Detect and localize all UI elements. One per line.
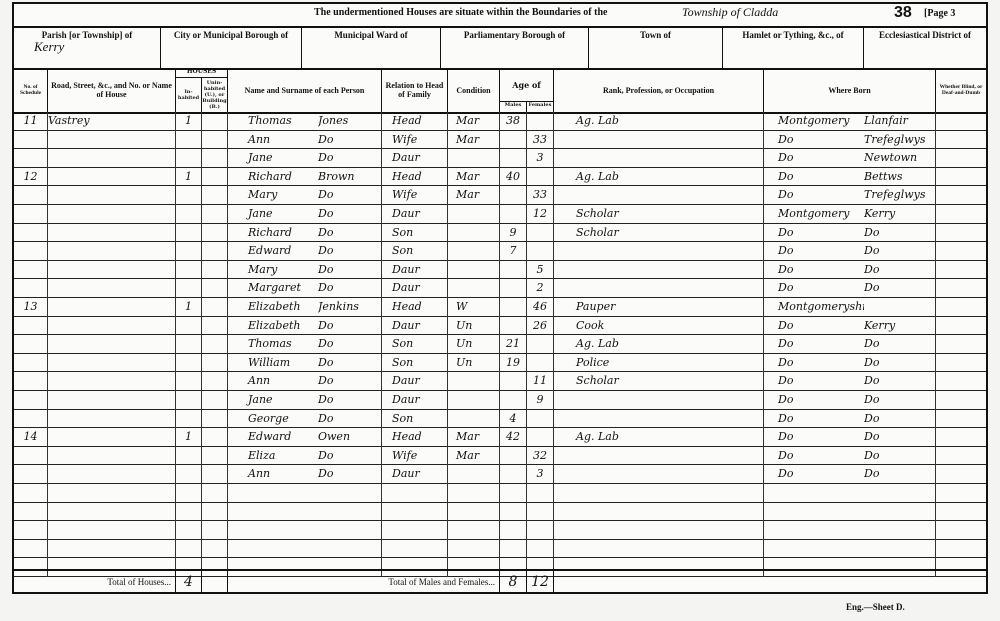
road-name [48, 242, 176, 261]
born-parish: Do [864, 391, 936, 410]
road-name [48, 205, 176, 224]
born-parish: Do [864, 428, 936, 447]
surname: Owen [318, 428, 382, 447]
header-road: Road, Street, &c., and No. or Name of Ho… [48, 68, 176, 112]
born-county: Do [764, 372, 864, 391]
occupation: Scholar [554, 205, 764, 224]
uninhabited [202, 447, 228, 466]
table-row: RichardDoSon9ScholarDoDo [14, 224, 986, 243]
schedule-number [14, 447, 48, 466]
table-row: AnnDoWifeMar33DoTrefeglwys [14, 131, 986, 150]
schedule-number [14, 317, 48, 336]
surname: Brown [318, 168, 382, 187]
schedule-number [14, 410, 48, 429]
age-male [500, 298, 527, 317]
infirmity [936, 335, 986, 354]
age-male: 4 [500, 410, 527, 429]
born-county: Montgomery [764, 112, 864, 131]
uninhabited [202, 372, 228, 391]
infirmity [936, 205, 986, 224]
age-female [527, 168, 554, 187]
born-county: Montgomeryshire [764, 298, 864, 317]
header-inhabited: In-habited [176, 78, 202, 112]
age-male [500, 317, 527, 336]
age-female [527, 242, 554, 261]
uninhabited [202, 428, 228, 447]
age-female: 5 [527, 261, 554, 280]
road-name [48, 186, 176, 205]
table-row: 141EdwardOwenHeadMar42Ag. LabDoDo [14, 428, 986, 447]
age-female: 9 [527, 391, 554, 410]
age-female [527, 335, 554, 354]
infirmity [936, 242, 986, 261]
age-male [500, 540, 527, 559]
relation [382, 521, 448, 540]
condition: Mar [448, 168, 500, 187]
schedule-number [14, 521, 48, 540]
infirmity [936, 447, 986, 466]
age-female: 33 [527, 186, 554, 205]
born-parish: Do [864, 224, 936, 243]
condition [448, 279, 500, 298]
road-name [48, 372, 176, 391]
occupation: Scholar [554, 372, 764, 391]
infirmity [936, 503, 986, 522]
inhabited [176, 354, 202, 373]
occupation [554, 261, 764, 280]
inhabited [176, 261, 202, 280]
surname: Do [318, 149, 382, 168]
age-male: 38 [500, 112, 527, 131]
occupation: Ag. Lab [554, 428, 764, 447]
first-name: Ann [228, 131, 318, 150]
age-female [527, 540, 554, 559]
surname: Do [318, 224, 382, 243]
uninhabited [202, 540, 228, 559]
relation: Daur [382, 372, 448, 391]
schedule-number: 14 [14, 428, 48, 447]
inhabited: 1 [176, 112, 202, 131]
infirmity [936, 484, 986, 503]
sheet-banner: The undermentioned Houses are situate wi… [14, 4, 986, 28]
first-name: William [228, 354, 318, 373]
born-parish: Do [864, 447, 936, 466]
uninhabited [202, 484, 228, 503]
first-name: Ann [228, 465, 318, 484]
uninhabited [202, 317, 228, 336]
inhabited [176, 540, 202, 559]
header-where-born: Where Born [764, 68, 936, 112]
condition: W [448, 298, 500, 317]
infirmity [936, 428, 986, 447]
surname: Do [318, 391, 382, 410]
schedule-number [14, 540, 48, 559]
surname [318, 540, 382, 559]
born-county: Do [764, 224, 864, 243]
relation: Son [382, 410, 448, 429]
condition [448, 521, 500, 540]
table-row [14, 540, 986, 559]
relation: Daur [382, 279, 448, 298]
age-female: 11 [527, 372, 554, 391]
inhabited [176, 521, 202, 540]
infirmity [936, 131, 986, 150]
occupation: Scholar [554, 224, 764, 243]
born-county: Do [764, 354, 864, 373]
boundary-label: Municipal Ward of [334, 30, 407, 40]
infirmity [936, 168, 986, 187]
header-males: Males [500, 102, 527, 112]
condition [448, 372, 500, 391]
relation: Wife [382, 131, 448, 150]
age-male: 19 [500, 354, 527, 373]
born-parish: Trefeglwys [864, 131, 936, 150]
boundary-ecclesiastical: Ecclesiastical District of [864, 26, 986, 68]
road-name [48, 224, 176, 243]
surname [318, 521, 382, 540]
uninhabited [202, 521, 228, 540]
condition [448, 242, 500, 261]
age-male: 40 [500, 168, 527, 187]
road-name [48, 465, 176, 484]
inhabited [176, 410, 202, 429]
occupation [554, 540, 764, 559]
condition: Un [448, 354, 500, 373]
born-parish [864, 521, 936, 540]
condition [448, 484, 500, 503]
infirmity [936, 261, 986, 280]
sheet-footer: Eng.—Sheet D. [846, 602, 905, 612]
occupation: Ag. Lab [554, 335, 764, 354]
born-parish: Kerry [864, 317, 936, 336]
total-females-value: 12 [531, 574, 549, 590]
relation: Daur [382, 149, 448, 168]
total-males-value: 8 [509, 574, 518, 590]
relation [382, 503, 448, 522]
surname: Jenkins [318, 298, 382, 317]
inhabited [176, 242, 202, 261]
boundary-town: Town of [589, 26, 723, 68]
age-male [500, 205, 527, 224]
schedule-number [14, 335, 48, 354]
age-female: 46 [527, 298, 554, 317]
total-houses-label: Total of Houses... [14, 571, 176, 594]
table-row [14, 484, 986, 503]
age-female [527, 410, 554, 429]
infirmity [936, 521, 986, 540]
condition: Un [448, 335, 500, 354]
relation: Son [382, 242, 448, 261]
township-name: Township of Cladda [682, 5, 778, 20]
infirmity [936, 540, 986, 559]
boundary-fields: Parish [or Township] of Kerry City or Mu… [14, 26, 986, 70]
age-female: 3 [527, 465, 554, 484]
first-name [228, 503, 318, 522]
boundary-parliamentary: Parliamentary Borough of [441, 26, 589, 68]
uninhabited [202, 391, 228, 410]
age-female: 2 [527, 279, 554, 298]
age-female: 26 [527, 317, 554, 336]
header-relation: Relation to Head of Family [382, 68, 448, 112]
condition [448, 503, 500, 522]
occupation: Police [554, 354, 764, 373]
relation: Head [382, 168, 448, 187]
age-female [527, 484, 554, 503]
occupation: Cook [554, 317, 764, 336]
inhabited [176, 186, 202, 205]
born-county [764, 484, 864, 503]
table-row: EdwardDoSon7DoDo [14, 242, 986, 261]
boundary-label: Town of [640, 30, 671, 40]
born-parish: Do [864, 261, 936, 280]
first-name: Richard [228, 168, 318, 187]
uninhabited [202, 261, 228, 280]
surname: Do [318, 261, 382, 280]
road-name [48, 335, 176, 354]
infirmity [936, 372, 986, 391]
uninhabited [202, 410, 228, 429]
first-name [228, 540, 318, 559]
occupation [554, 149, 764, 168]
surname: Do [318, 354, 382, 373]
occupation [554, 131, 764, 150]
inhabited [176, 447, 202, 466]
total-houses-value: 4 [184, 574, 193, 590]
inhabited [176, 131, 202, 150]
census-sheet: The undermentioned Houses are situate wi… [12, 2, 988, 594]
relation: Daur [382, 465, 448, 484]
condition: Mar [448, 186, 500, 205]
first-name: Richard [228, 224, 318, 243]
relation: Daur [382, 317, 448, 336]
born-county [764, 521, 864, 540]
first-name: Thomas [228, 112, 318, 131]
inhabited [176, 465, 202, 484]
road-name [48, 447, 176, 466]
first-name: Mary [228, 186, 318, 205]
page-number: 38 [894, 4, 912, 22]
occupation [554, 484, 764, 503]
uninhabited [202, 335, 228, 354]
table-row: MargaretDoDaur2DoDo [14, 279, 986, 298]
header-infirmity: Whether Blind, or Deaf-and-Dumb [936, 68, 986, 112]
first-name: Eliza [228, 447, 318, 466]
condition [448, 224, 500, 243]
born-parish: Do [864, 465, 936, 484]
totals-row: Total of Houses... 4 Total of Males and … [14, 569, 986, 594]
schedule-number [14, 224, 48, 243]
infirmity [936, 410, 986, 429]
born-parish: Kerry [864, 205, 936, 224]
born-county: Do [764, 465, 864, 484]
occupation [554, 186, 764, 205]
boundary-hamlet: Hamlet or Tything, &c., of [723, 26, 864, 68]
born-county: Do [764, 279, 864, 298]
page-label: [Page 3 [924, 8, 955, 19]
boundary-parish: Parish [or Township] of Kerry [14, 26, 161, 68]
inhabited [176, 503, 202, 522]
surname: Do [318, 205, 382, 224]
road-name [48, 503, 176, 522]
age-male [500, 149, 527, 168]
schedule-number: 12 [14, 168, 48, 187]
uninhabited [202, 503, 228, 522]
schedule-number [14, 354, 48, 373]
surname: Do [318, 242, 382, 261]
first-name: George [228, 410, 318, 429]
infirmity [936, 298, 986, 317]
total-persons-label: Total of Males and Females... [228, 571, 500, 594]
occupation [554, 391, 764, 410]
road-name [48, 354, 176, 373]
occupation [554, 465, 764, 484]
uninhabited [202, 205, 228, 224]
column-headers: No. of Schedule Road, Street, &c., and N… [14, 68, 986, 114]
age-female: 3 [527, 149, 554, 168]
surname: Do [318, 317, 382, 336]
surname: Do [318, 465, 382, 484]
age-male: 9 [500, 224, 527, 243]
age-female [527, 428, 554, 447]
condition: Mar [448, 112, 500, 131]
occupation [554, 503, 764, 522]
born-parish [864, 484, 936, 503]
table-row: WilliamDoSonUn19PoliceDoDo [14, 354, 986, 373]
schedule-number [14, 372, 48, 391]
schedule-number: 11 [14, 112, 48, 131]
schedule-number [14, 242, 48, 261]
born-county: Do [764, 131, 864, 150]
boundary-ward: Municipal Ward of [302, 26, 441, 68]
born-county: Do [764, 428, 864, 447]
road-name [48, 391, 176, 410]
age-male [500, 484, 527, 503]
age-male [500, 261, 527, 280]
schedule-number [14, 465, 48, 484]
age-male [500, 503, 527, 522]
surname: Do [318, 410, 382, 429]
first-name [228, 484, 318, 503]
first-name: Edward [228, 242, 318, 261]
condition [448, 410, 500, 429]
first-name: Thomas [228, 335, 318, 354]
uninhabited [202, 149, 228, 168]
condition: Mar [448, 131, 500, 150]
relation: Daur [382, 261, 448, 280]
condition [448, 205, 500, 224]
relation [382, 540, 448, 559]
condition [448, 261, 500, 280]
born-parish: Bettws [864, 168, 936, 187]
inhabited [176, 279, 202, 298]
born-parish [864, 540, 936, 559]
age-female [527, 112, 554, 131]
occupation: Ag. Lab [554, 112, 764, 131]
infirmity [936, 317, 986, 336]
table-row: MaryDoDaur5DoDo [14, 261, 986, 280]
born-county: Do [764, 410, 864, 429]
road-name [48, 131, 176, 150]
surname: Jones [318, 112, 382, 131]
table-row: AnnDoDaur11ScholarDoDo [14, 372, 986, 391]
table-row: MaryDoWifeMar33DoTrefeglwys [14, 186, 986, 205]
infirmity [936, 112, 986, 131]
schedule-number [14, 391, 48, 410]
age-female [527, 354, 554, 373]
surname: Do [318, 186, 382, 205]
relation: Head [382, 428, 448, 447]
age-male [500, 186, 527, 205]
infirmity [936, 465, 986, 484]
relation: Wife [382, 447, 448, 466]
uninhabited [202, 186, 228, 205]
inhabited [176, 317, 202, 336]
road-name [48, 428, 176, 447]
occupation: Pauper [554, 298, 764, 317]
road-name [48, 484, 176, 503]
uninhabited [202, 242, 228, 261]
born-county: Do [764, 261, 864, 280]
occupation [554, 447, 764, 466]
header-name: Name and Surname of each Person [228, 68, 382, 112]
uninhabited [202, 465, 228, 484]
occupation: Ag. Lab [554, 168, 764, 187]
first-name [228, 521, 318, 540]
born-parish: Do [864, 372, 936, 391]
relation: Wife [382, 186, 448, 205]
schedule-number [14, 503, 48, 522]
first-name: Jane [228, 205, 318, 224]
first-name: Mary [228, 261, 318, 280]
occupation [554, 521, 764, 540]
header-condition: Condition [448, 68, 500, 112]
born-parish: Do [864, 279, 936, 298]
infirmity [936, 149, 986, 168]
header-schedule: No. of Schedule [14, 68, 48, 112]
uninhabited [202, 354, 228, 373]
first-name: Jane [228, 149, 318, 168]
age-male: 42 [500, 428, 527, 447]
inhabited: 1 [176, 428, 202, 447]
condition [448, 391, 500, 410]
age-male [500, 372, 527, 391]
inhabited [176, 224, 202, 243]
boundary-value: Kerry [14, 42, 160, 52]
born-parish [864, 503, 936, 522]
born-county: Do [764, 317, 864, 336]
age-female: 32 [527, 447, 554, 466]
table-row [14, 521, 986, 540]
schedule-number [14, 205, 48, 224]
relation: Daur [382, 391, 448, 410]
born-county: Do [764, 391, 864, 410]
inhabited [176, 205, 202, 224]
surname: Do [318, 372, 382, 391]
header-uninhabited: Unin-habited (U.), or Building (B.) [202, 78, 228, 112]
first-name: Margaret [228, 279, 318, 298]
surname: Do [318, 279, 382, 298]
born-parish: Newtown [864, 149, 936, 168]
condition [448, 465, 500, 484]
first-name: Elizabeth [228, 298, 318, 317]
table-row: 131ElizabethJenkinsHeadW46PauperMontgome… [14, 298, 986, 317]
header-females: Females [527, 102, 554, 112]
age-female [527, 503, 554, 522]
infirmity [936, 186, 986, 205]
condition [448, 540, 500, 559]
road-name [48, 410, 176, 429]
header-houses: HOUSES [176, 68, 228, 78]
